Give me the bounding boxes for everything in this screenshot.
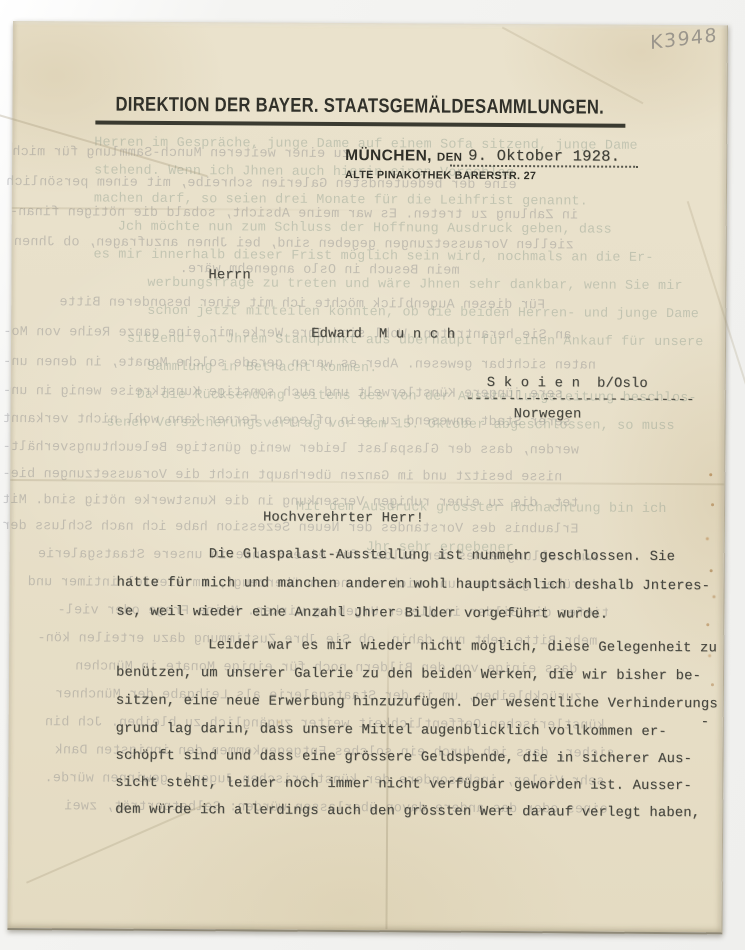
pencil-annotation: K3948 — [650, 24, 718, 54]
bleed-line-faint: senen Versicherungsvertrag vor dem 15. O… — [106, 416, 674, 434]
recipient-place: S k o i e n b/Oslo — [487, 376, 648, 392]
foxing-specks — [709, 473, 712, 476]
paper-crease-diagonal-right — [687, 201, 745, 411]
recipient-prefix: Herrn — [208, 268, 250, 283]
letter-salutation: Hochverehrter Herr! — [263, 511, 424, 527]
letter-body-line: dem würde ich allerdings auch den grösst… — [115, 803, 700, 822]
letterhead-dateline: MÜNCHEN,DEN — [345, 147, 462, 166]
bleed-mirrored-layer: zu einer weiteren Munch-Sammlung für mic… — [13, 21, 727, 25]
letter-body-line: sitzen, eine neue Erwerbung hinzuzufügen… — [116, 694, 718, 713]
bleed-line-faint: Jch möchte nun zum Schluss der Hoffnung … — [118, 220, 612, 238]
letter-body-line: Die Glaspalast-Ausstellung ist nunmehr g… — [209, 547, 675, 565]
letter-body-line: Leider war es mir wieder nicht möglich, … — [208, 638, 717, 656]
bleed-line-mirrored: nisse besitzt und im Ganzen überhaupt ni… — [2, 467, 562, 485]
letter-body: Die Glaspalast-Ausstellung ist nunmehr g… — [13, 21, 727, 25]
bleed-line-faint: es mir innerhalb dieser Frist möglich se… — [94, 247, 654, 265]
letterhead-title: DIREKTION DER BAYER. STAATSGEMÄLDESAMMLU… — [115, 94, 604, 120]
letter-body-line: benützen, um unserer Galerie zu den beid… — [116, 666, 701, 685]
letter-body-line: se, weil wieder eine Anzahl Jhrer Bilder… — [116, 605, 608, 623]
date-value: 9. Oktober 1928. — [468, 147, 620, 166]
letterhead-city-label: MÜNCHEN, — [345, 147, 432, 165]
recipient-place-underline: --------------------------- — [466, 392, 695, 408]
recipient-country: Norwegen — [514, 407, 582, 422]
bleed-line-faint: machen darf, so seien drei Monate für di… — [94, 191, 588, 209]
bleed-line-faint: Sammlung in Betracht kommen. — [147, 360, 378, 376]
scan-background: zu einer weiteren Munch-Sammlung für mic… — [0, 0, 745, 950]
orphan-hyphen: - — [701, 715, 710, 730]
letter-body-line: schöpft sind und dass eine grössere Geld… — [115, 749, 692, 768]
recipient-name: Edward M u n c h — [311, 327, 455, 343]
letter-body-line: grund lag darin, dass unsere Mittel auge… — [116, 722, 667, 740]
paper-crease-diagonal-top — [502, 27, 644, 104]
letterhead-address: ALTE PINAKOTHEK BARERSTR. 27 — [345, 169, 536, 182]
letter-paper: zu einer weiteren Munch-Sammlung für mic… — [7, 21, 728, 934]
letter-body-line: sicht steht, leider noch immer nicht ver… — [115, 776, 692, 795]
letter-body-line: hatte für mich und manchen anderen wohl … — [117, 576, 711, 595]
bleed-line-mirrored: werden, dass der Glaspalast leider wenig… — [2, 440, 579, 459]
bleed-line-faint: schon jetzt mitteilen könnten, ob die be… — [147, 304, 699, 322]
letterhead-rule — [95, 121, 625, 128]
bleed-faint-layer: Herren im Gespräche, junge Dame auf eine… — [13, 21, 727, 25]
